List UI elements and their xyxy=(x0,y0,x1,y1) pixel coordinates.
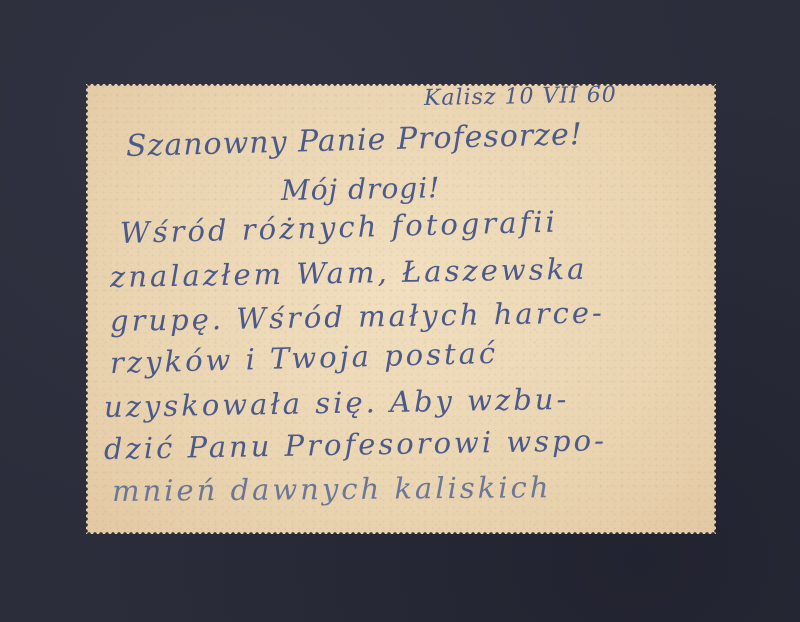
body-line-6: dzić Panu Profesorowi wspo- xyxy=(104,423,607,466)
body-line-4: rzyków i Twoja postać xyxy=(110,336,499,380)
postcard: Kalisz 10 VII 60 Szanowny Panie Profesor… xyxy=(86,84,716,534)
body-line-3: grupę. Wśród małych harce- xyxy=(110,295,605,338)
body-line-7: mnień dawnych kaliskich xyxy=(112,470,552,508)
salutation: Szanowny Panie Profesorze! xyxy=(126,117,584,164)
place-date: Kalisz 10 VII 60 xyxy=(424,83,617,111)
body-line-2: znalazłem Wam, Łaszewska xyxy=(110,252,588,294)
body-line-5: uzyskowała się. Aby wzbu- xyxy=(104,382,570,424)
body-line-1: Wśród różnych fotografii xyxy=(120,205,559,250)
salutation-secondary: Mój drogi! xyxy=(281,171,441,207)
